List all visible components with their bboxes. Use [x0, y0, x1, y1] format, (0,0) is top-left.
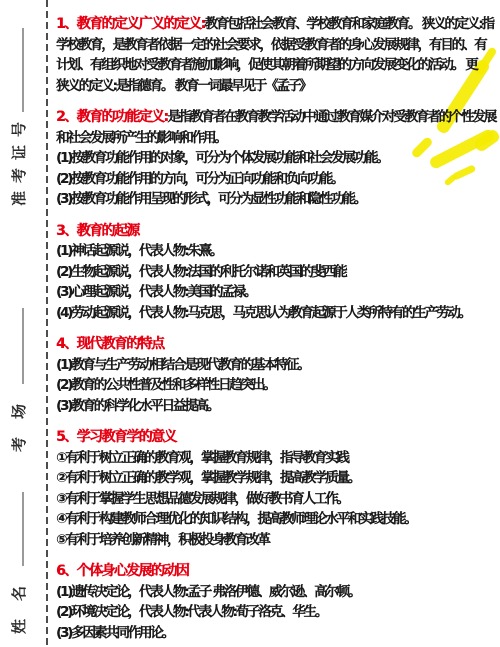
note-line: (2)按教育功能作用的方向，可分为正向功能和负向功能。 — [56, 169, 500, 190]
note-line: 狭义的定义:是指德育。 教育一词最早见于《孟子》 — [56, 76, 500, 97]
note-line: (4)劳动起源说，代表人物:马克思，马克思认为教育起源于人类所特有的生产劳动。 — [56, 303, 500, 324]
note-line: (2)环境决定论，代表人物:代表人物:荀子洛克、华生。 — [56, 602, 500, 623]
note-line: (3)按教育功能作用呈现的形式，可分为显性功能和隐性功能。 — [56, 189, 500, 210]
note-section: 3、教育的起源 (1)神话起源说，代表人物:朱熹。(2)生物起源说，代表人物:法… — [56, 221, 500, 324]
margin-field-room: 考场 — [8, 308, 29, 452]
section-heading: 2、教育的功能定义: — [56, 109, 167, 125]
note-line: ②有利于树立正确的教学观，掌握教学规律，提高教学质量。 — [56, 468, 500, 489]
note-line: (3)心理起源说，代表人物:美国的孟禄。 — [56, 282, 500, 303]
margin-field-label: 姓名 — [10, 568, 28, 634]
note-line: (3)多因素共同作用论。 — [56, 623, 500, 644]
note-line: (1)遗传决定论，代表人物:孟子 弗洛伊德、威尔逊、高尔顿。 — [56, 582, 500, 603]
section-first-line: 5、学习教育学的意义 — [56, 427, 500, 448]
section-heading: 6、个体身心发展的动因 — [56, 563, 188, 579]
margin-fill-line — [20, 308, 24, 384]
section-first-line: 6、个体身心发展的动因 — [56, 561, 500, 582]
section-lead-text: 是指教育者在教育教学活动中通过教育媒介对受教育者的个性发展 — [167, 109, 495, 125]
note-line: (1)神话起源说，代表人物:朱熹。 — [56, 241, 500, 262]
note-line: (1)教育与生产劳动相结合是现代教育的基本特征。 — [56, 355, 500, 376]
note-line: ④有利于构建教师合理优化的知识结构，提高教师理论水平和实践技能。 — [56, 509, 500, 530]
section-heading: 3、教育的起源 — [56, 223, 139, 239]
note-section: 5、学习教育学的意义 ①有利于树立正确的教育观，掌握教育规律，指导教育实践②有利… — [56, 427, 500, 550]
margin-field-exam-no: 准考证号 — [8, 28, 29, 206]
note-line: ⑤有利于培养创新精神，积极投身教育改革 — [56, 530, 500, 551]
note-section: 4、现代教育的特点 (1)教育与生产劳动相结合是现代教育的基本特征。(2)教育的… — [56, 334, 500, 416]
note-line: 学校教育，是教育者依据一定的社会要求，依据受教育者的身心发展规律，有目的、有 — [56, 35, 500, 56]
section-heading: 4、现代教育的特点 — [56, 336, 163, 352]
note-section: 1、教育的定义广义的定义:教育包括社会教育、学校教育和家庭教育。 狭义的定义:指… — [56, 14, 500, 96]
note-line: ③有利于掌握学生思想品德发展规律，做好教书育人工作。 — [56, 489, 500, 510]
note-section: 6、个体身心发展的动因 (1)遗传决定论，代表人物:孟子 弗洛伊德、威尔逊、高尔… — [56, 561, 500, 643]
margin-field-name: 姓名 — [8, 492, 29, 634]
section-heading: 1、教育的定义广义的定义: — [56, 16, 205, 32]
note-line: (2)教育的公共性普及性和多样性日趋突出。 — [56, 375, 500, 396]
section-first-line: 1、教育的定义广义的定义:教育包括社会教育、学校教育和家庭教育。 狭义的定义:指 — [56, 14, 500, 35]
margin-field-label: 考场 — [10, 386, 28, 452]
margin-fill-line — [20, 28, 24, 112]
note-line: (2)生物起源说，代表人物:法国的利托尔诺和英国的斐西能 — [56, 262, 500, 283]
note-line: (1)按教育功能作用的对象，可分为个体发展功能和社会发展功能。 — [56, 148, 500, 169]
scanned-study-notes-page: 准考证号考场姓名 1、教育的定义广义的定义:教育包括社会教育、学校教育和家庭教育… — [0, 0, 500, 647]
margin-field-label: 准考证号 — [10, 114, 28, 206]
note-line: 和社会发展所产生的影响和作用。 — [56, 128, 500, 149]
note-line: (3)教育的科学化水平日益提高。 — [56, 396, 500, 417]
section-heading: 5、学习教育学的意义 — [56, 429, 176, 445]
section-first-line: 4、现代教育的特点 — [56, 334, 500, 355]
section-lead-text: 教育包括社会教育、学校教育和家庭教育。 狭义的定义:指 — [205, 16, 493, 32]
notes-content: 1、教育的定义广义的定义:教育包括社会教育、学校教育和家庭教育。 狭义的定义:指… — [56, 14, 500, 647]
note-line: ①有利于树立正确的教育观，掌握教育规律，指导教育实践 — [56, 448, 500, 469]
section-first-line: 2、教育的功能定义:是指教育者在教育教学活动中通过教育媒介对受教育者的个性发展 — [56, 107, 500, 128]
section-first-line: 3、教育的起源 — [56, 221, 500, 242]
note-section: 2、教育的功能定义:是指教育者在教育教学活动中通过教育媒介对受教育者的个性发展 … — [56, 107, 500, 210]
note-line: 计划、有组织地对受教育者施加影响，促使其朝着所期望的方向发展变化的活动。 更 — [56, 55, 500, 76]
margin-fill-line — [20, 492, 24, 566]
